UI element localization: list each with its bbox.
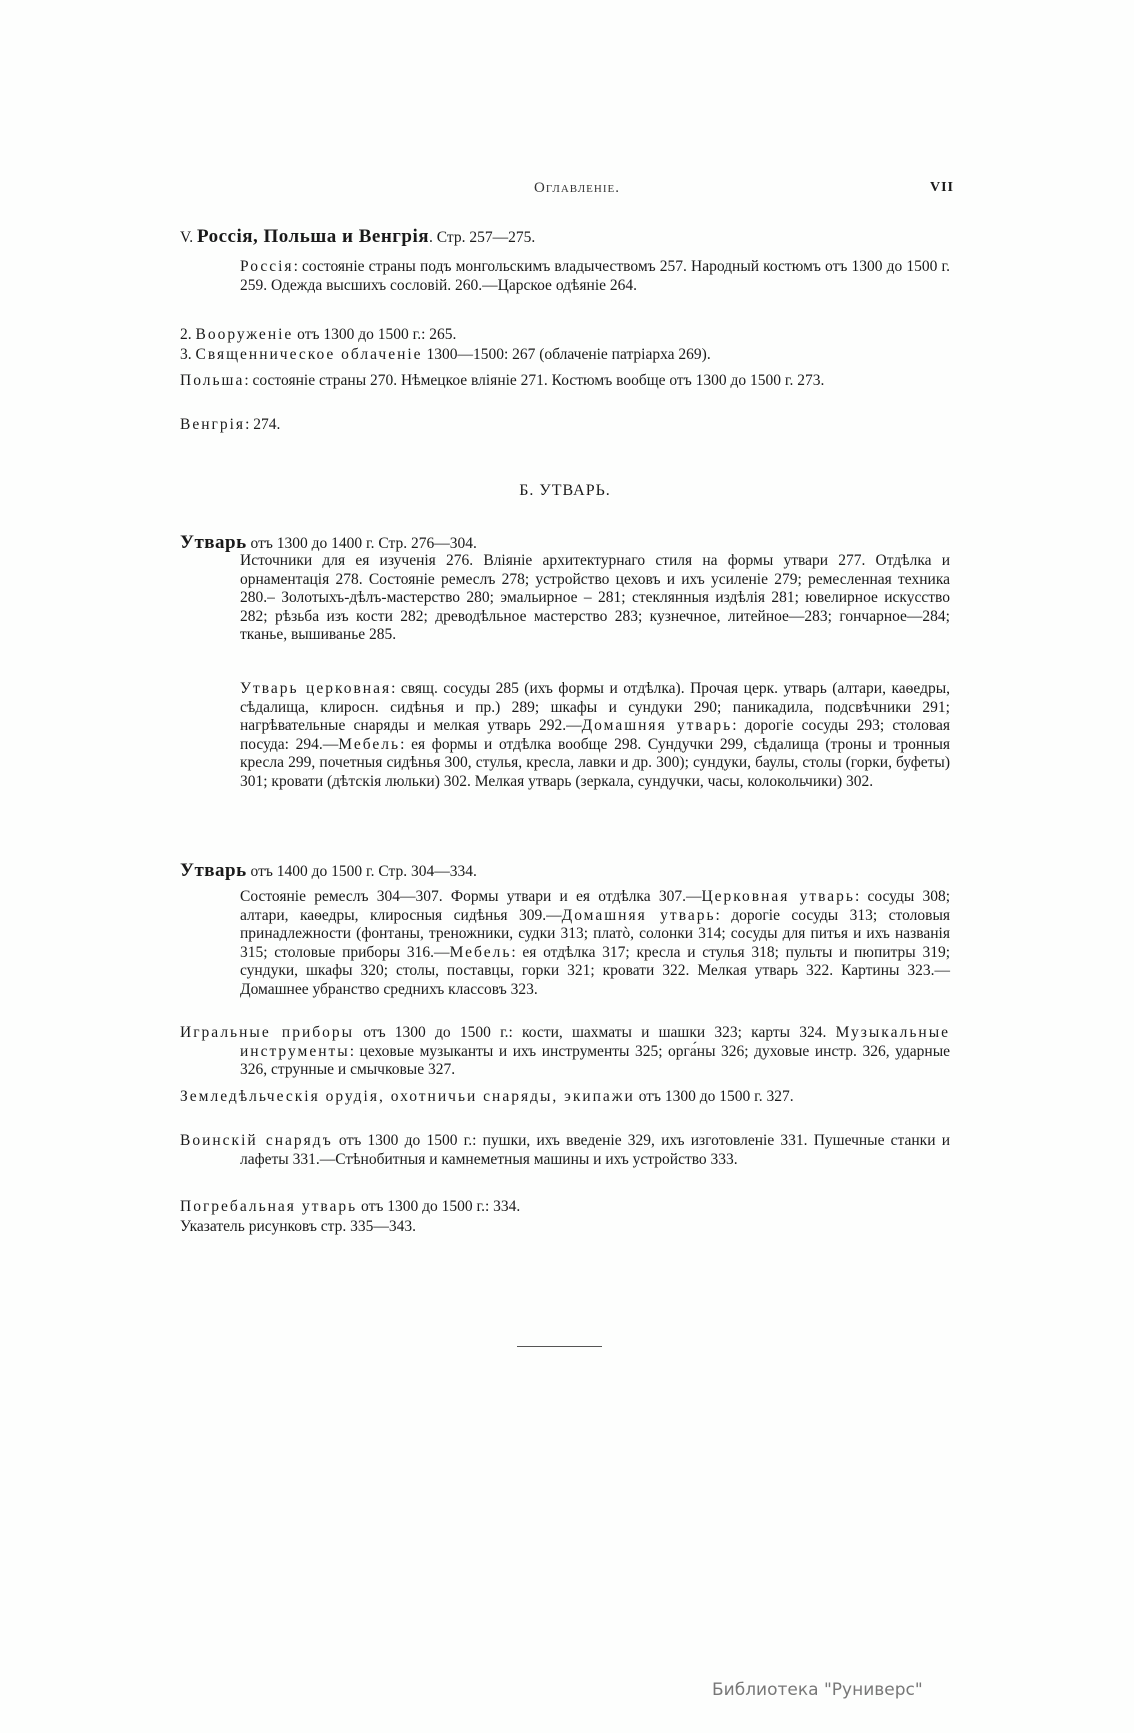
entry-label: Домашняя утварь — [562, 907, 716, 924]
chapter-v-heading: V. Россія, Польша и Венгрія. Стр. 257—27… — [180, 228, 535, 248]
entry-text: отъ 1300 до 1500 г. 327. — [635, 1088, 794, 1105]
entry-label: Мебель — [338, 736, 400, 753]
chapter-pages: . Стр. 257—275. — [429, 229, 535, 246]
page-number: VII — [930, 180, 954, 196]
entry-label: Погребальная утварь — [180, 1198, 357, 1215]
entry-text: Источники для ея изученія 276. Вліяніе а… — [240, 552, 950, 643]
toc-entry-sources: Источники для ея изученія 276. Вліяніе а… — [240, 552, 950, 645]
toc-entry-agriculture: Земледѣльческія орудія, охотничьи снаряд… — [180, 1088, 950, 1107]
chapter-title: Утварь — [180, 532, 247, 553]
entry-text: 1300—1500: 267 (облаченіе патріарха 269)… — [423, 346, 711, 363]
utensils-1300-heading: Утварь отъ 1300 до 1400 г. Стр. 276—304. — [180, 534, 477, 554]
entry-text: отъ 1300 до 1500 г.: кости, шахматы и ша… — [354, 1024, 836, 1041]
entry-text: отъ 1300 до 1500 г.: пушки, ихъ введеніе… — [240, 1132, 950, 1168]
entry-label: Польша — [180, 372, 244, 389]
toc-entry-burial: Погребальная утварь отъ 1300 до 1500 г.:… — [180, 1198, 950, 1217]
section-heading: Б. УТВАРЬ. — [180, 482, 950, 501]
entry-label: Священническое облаченіе — [196, 346, 423, 363]
entry-text: : состояніе страны подъ монгольскимъ вла… — [240, 258, 950, 294]
entry-text: : 274. — [245, 416, 280, 433]
entry-label: Церковная утварь — [701, 888, 855, 905]
entry-label: Мебель — [450, 944, 512, 961]
entry-text: отъ 1300 до 1500 г.: 265. — [293, 326, 456, 343]
library-watermark: Библиотека "Руниверс" — [712, 1680, 923, 1700]
entry-label: Земледѣльческія орудія, охотничьи снаряд… — [180, 1088, 635, 1105]
closing-rule — [517, 1346, 602, 1347]
entry-label: Домашняя утварь — [582, 717, 733, 734]
chapter-title: Россія, Польша и Венгрія — [197, 226, 429, 247]
toc-entry-crafts: Состояніе ремеслъ 304—307. Формы утвари … — [240, 888, 950, 999]
entry-label: Россія — [240, 258, 294, 275]
entry-text: отъ 1300 до 1500 г.: 334. — [357, 1198, 520, 1215]
running-title: Оглавленіе. — [0, 180, 1134, 197]
entry-text: Состояніе ремеслъ 304—307. Формы утвари … — [240, 888, 701, 905]
entry-number: 3. — [180, 346, 192, 363]
toc-entry-armament: 2. Вооруженіе отъ 1300 до 1500 г.: 265. — [180, 326, 950, 345]
toc-entry-russia: Россія: состояніе страны подъ монгольски… — [240, 258, 950, 295]
utensils-1400-heading: Утварь отъ 1400 до 1500 г. Стр. 304—334. — [180, 862, 477, 882]
entry-label: Воинскій снарядъ — [180, 1132, 333, 1149]
chapter-pages: отъ 1400 до 1500 г. Стр. 304—334. — [247, 863, 477, 880]
document-page: Оглавленіе. VII V. Россія, Польша и Венг… — [0, 0, 1134, 1733]
entry-label: Игральные приборы — [180, 1024, 354, 1041]
toc-entry-index: Указатель рисунковъ стр. 335—343. — [180, 1218, 950, 1237]
entry-text: : состояніе страны 270. Нѣмецкое вліяніе… — [244, 372, 824, 389]
toc-entry-hungary: Венгрія: 274. — [180, 416, 950, 435]
toc-entry-vestments: 3. Священническое облаченіе 1300—1500: 2… — [180, 346, 950, 365]
entry-number: 2. — [180, 326, 192, 343]
entry-label: Венгрія — [180, 416, 245, 433]
chapter-pages: отъ 1300 до 1400 г. Стр. 276—304. — [247, 535, 477, 552]
toc-entry-poland: Польша: состояніе страны 270. Нѣмецкое в… — [180, 372, 950, 391]
entry-label: Утварь церковная — [240, 680, 391, 697]
toc-entry-church-utensils: Утварь церковная: свящ. сосуды 285 (ихъ … — [240, 680, 950, 791]
toc-entry-military: Воинскій снарядъ отъ 1300 до 1500 г.: пу… — [180, 1132, 950, 1169]
chapter-title: Утварь — [180, 860, 247, 881]
chapter-number: V. — [180, 229, 193, 246]
entry-label: Вооруженіе — [196, 326, 294, 343]
toc-entry-games: Игральные приборы отъ 1300 до 1500 г.: к… — [180, 1024, 950, 1080]
entry-text: Указатель рисунковъ стр. 335—343. — [180, 1218, 416, 1235]
